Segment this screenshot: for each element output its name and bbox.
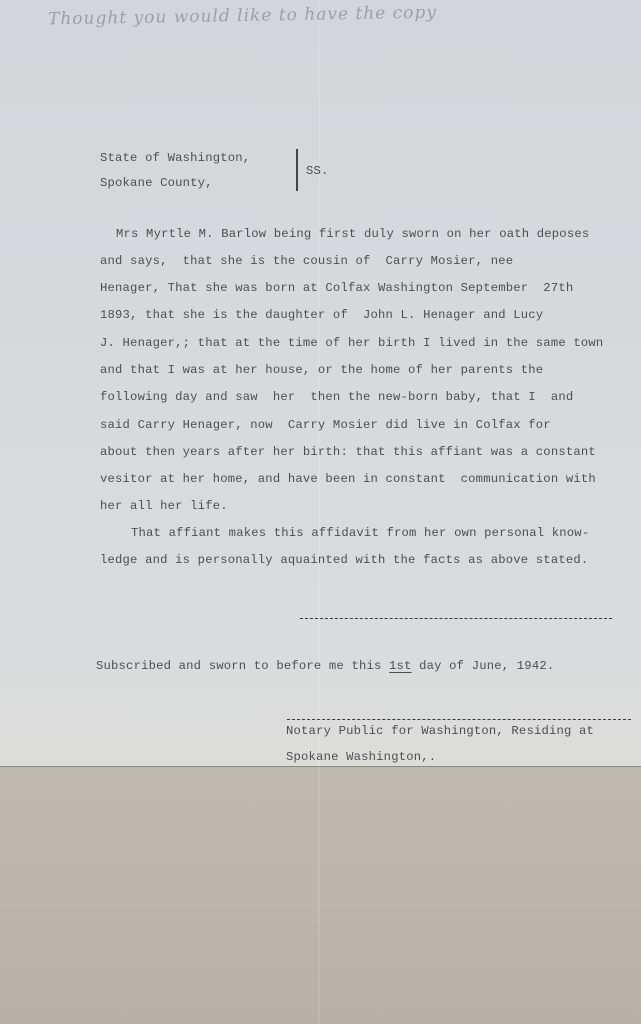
venue-state: State of Washington,	[100, 151, 250, 165]
body-line: about then years after her birth: that t…	[100, 445, 596, 459]
backing-sheet	[0, 767, 641, 1024]
affidavit-page	[0, 0, 641, 767]
body-line: J. Henager,; that at the time of her bir…	[100, 336, 603, 350]
body-line: and that I was at her house, or the home…	[100, 363, 543, 377]
body-line: and says, that she is the cousin of Carr…	[100, 254, 513, 268]
jurat: Subscribed and sworn to before me this 1…	[96, 659, 554, 673]
closing-line: ledge and is personally aquainted with t…	[100, 553, 588, 567]
jurat-day: 1st	[389, 659, 412, 673]
notary-title: Notary Public for Washington, Residing a…	[286, 724, 594, 738]
paper-fold-crease	[318, 0, 320, 1024]
body-line: Mrs Myrtle M. Barlow being first duly sw…	[116, 227, 589, 241]
notary-residence: Spokane Washington,.	[286, 750, 436, 764]
body-line: vesitor at her home, and have been in co…	[100, 472, 596, 486]
venue-bracket	[296, 149, 304, 191]
notary-signature-line	[287, 719, 631, 720]
jurat-suffix: day of June, 1942.	[412, 659, 555, 673]
body-line: 1893, that she is the daughter of John L…	[100, 308, 543, 322]
venue-ss: SS.	[306, 164, 329, 178]
body-line: following day and saw her then the new-b…	[100, 390, 573, 404]
jurat-prefix: Subscribed and sworn to before me this	[96, 659, 389, 673]
body-line: Henager, That she was born at Colfax Was…	[100, 281, 573, 295]
closing-line: That affiant makes this affidavit from h…	[131, 526, 589, 540]
venue-county: Spokane County,	[100, 176, 213, 190]
affiant-signature-line	[300, 618, 612, 619]
body-line: her all her life.	[100, 499, 228, 513]
body-line: said Carry Henager, now Carry Mosier did…	[100, 418, 551, 432]
